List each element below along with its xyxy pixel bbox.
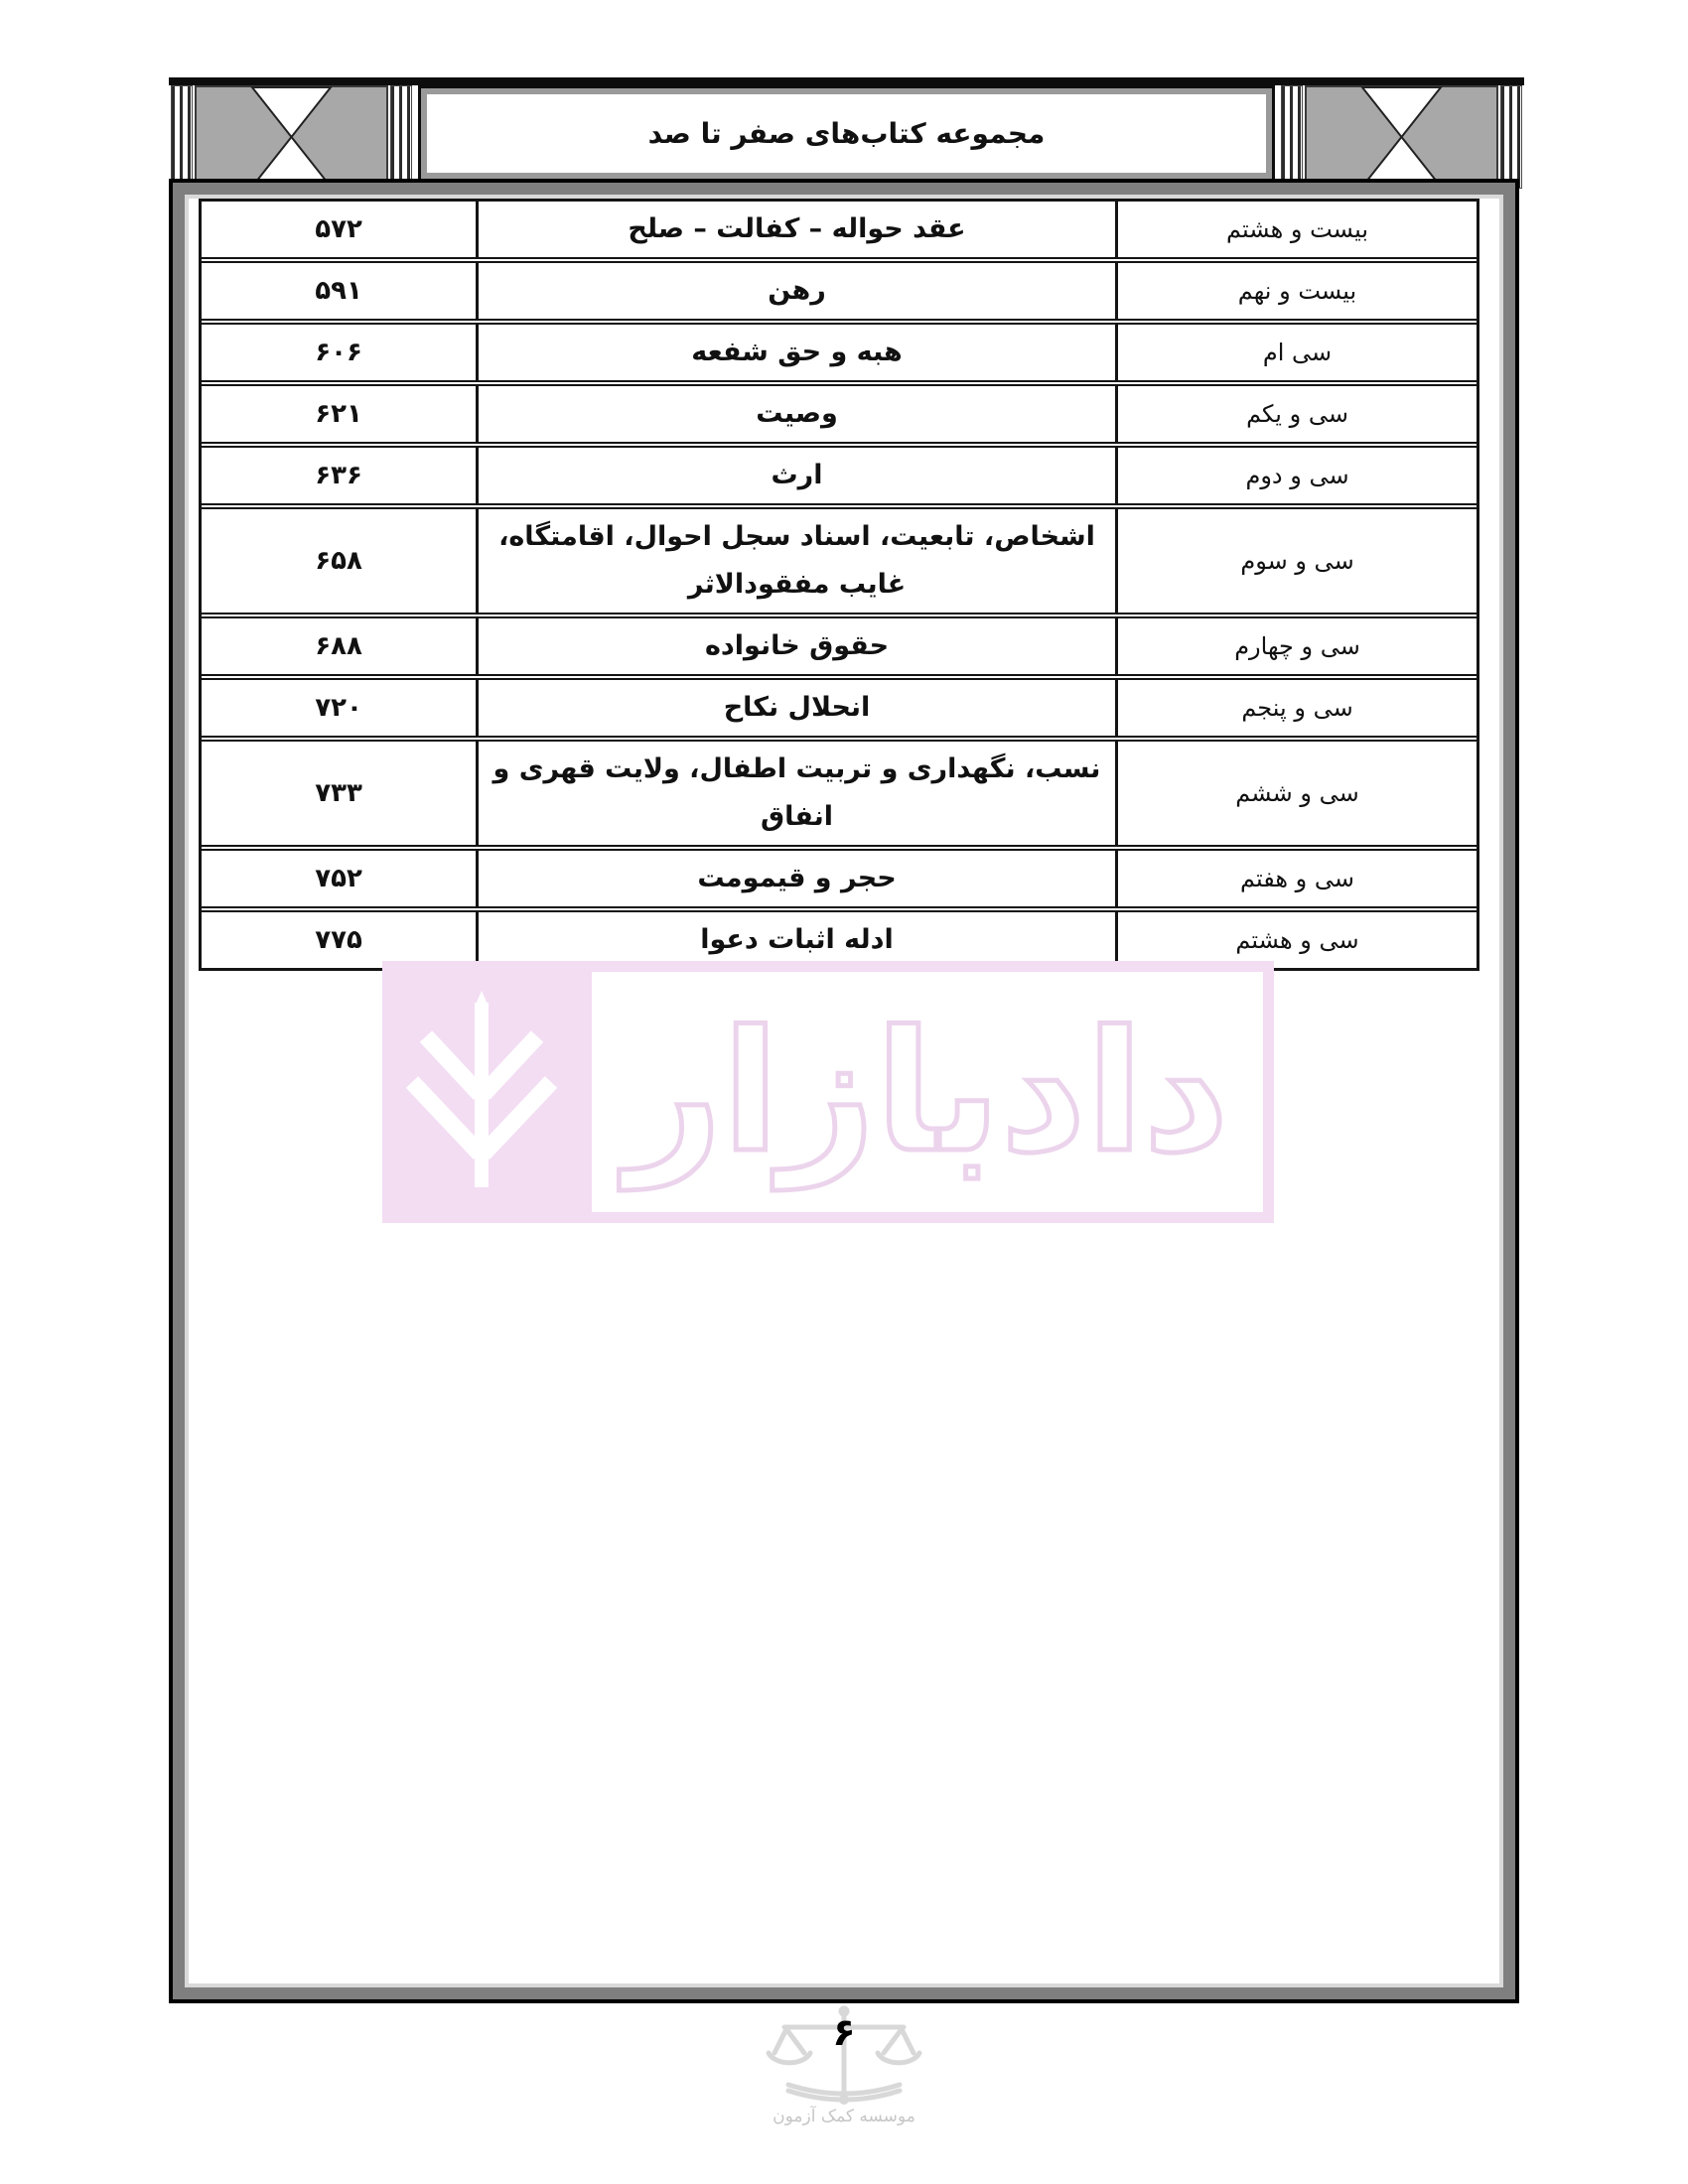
dadbazar-watermark-frame: دادبازار (581, 961, 1274, 1223)
toc-table: ۵۷۲ عقد حواله – کفالت – صلح بیست و هشتم … (199, 199, 1479, 971)
header-banner: مجموعه کتاب‌های صفر تا صد (169, 77, 1524, 189)
toc-chapter-ordinal: سی و دوم (1118, 448, 1477, 503)
toc-row: ۶۳۶ ارث سی و دوم (202, 442, 1477, 503)
hourglass-ornament-left-icon (195, 85, 388, 189)
toc-row: ۶۸۸ حقوق خانواده سی و چهارم (202, 613, 1477, 674)
institute-name: موسسه کمک آزمون (755, 2107, 933, 2126)
toc-chapter-title: رهن (476, 263, 1118, 319)
toc-chapter-title: وصیت (476, 386, 1118, 442)
page-footer: ۶ موسسه کمک آزمون (755, 2003, 933, 2126)
toc-page-number: ۵۷۲ (202, 202, 476, 257)
toc-page-number: ۷۲۰ (202, 680, 476, 736)
banner-stripes-left-inner (390, 85, 412, 189)
toc-page-number: ۶۰۶ (202, 325, 476, 380)
toc-chapter-title: حجر و قیمومت (476, 851, 1118, 906)
toc-chapter-ordinal: سی ام (1118, 325, 1477, 380)
toc-page-number: ۶۵۸ (202, 509, 476, 613)
toc-row: ۶۵۸ اشخاص، تابعیت، اسناد سجل احوال، اقام… (202, 503, 1477, 613)
page-title: مجموعه کتاب‌های صفر تا صد (648, 117, 1046, 150)
header-title-box: مجموعه کتاب‌های صفر تا صد (418, 85, 1275, 189)
scanned-document-page: مجموعه کتاب‌های صفر تا صد ۵۷۲ عقد حواله … (0, 0, 1688, 2184)
toc-chapter-ordinal: سی و هشتم (1118, 912, 1477, 968)
hourglass-ornament-right-icon (1305, 85, 1498, 189)
toc-row: ۶۲۱ وصیت سی و یکم (202, 380, 1477, 442)
toc-page-number: ۷۳۳ (202, 742, 476, 845)
toc-chapter-title: اشخاص، تابعیت، اسناد سجل احوال، اقامتگاه… (476, 509, 1118, 613)
banner-stripes-right-outer (1500, 85, 1522, 189)
toc-row: ۵۹۱ رهن بیست و نهم (202, 257, 1477, 319)
toc-row: ۵۷۲ عقد حواله – کفالت – صلح بیست و هشتم (202, 202, 1477, 257)
toc-row: ۷۲۰ انحلال نکاح سی و پنجم (202, 674, 1477, 736)
banner-top-bar (169, 77, 1524, 85)
page-number: ۶ (755, 2013, 933, 2051)
toc-page-number: ۵۹۱ (202, 263, 476, 319)
toc-page-number: ۶۸۸ (202, 618, 476, 674)
toc-chapter-title: انحلال نکاح (476, 680, 1118, 736)
toc-chapter-title: حقوق خانواده (476, 618, 1118, 674)
toc-row: ۷۵۲ حجر و قیمومت سی و هفتم (202, 845, 1477, 906)
toc-chapter-title: هبه و حق شفعه (476, 325, 1118, 380)
banner-stripes-right-inner (1281, 85, 1303, 189)
toc-row: ۶۰۶ هبه و حق شفعه سی ام (202, 319, 1477, 380)
toc-chapter-title: نسب، نگهداری و تربیت اطفال، ولایت قهری و… (476, 742, 1118, 845)
toc-row: ۷۷۵ ادله اثبات دعوا سی و هشتم (202, 906, 1477, 968)
toc-chapter-ordinal: بیست و نهم (1118, 263, 1477, 319)
toc-row: ۷۳۳ نسب، نگهداری و تربیت اطفال، ولایت قه… (202, 736, 1477, 845)
dadbazar-tree-icon (382, 961, 581, 1223)
toc-page-number: ۷۷۵ (202, 912, 476, 968)
toc-chapter-ordinal: سی و چهارم (1118, 618, 1477, 674)
toc-page-number: ۶۲۱ (202, 386, 476, 442)
toc-chapter-ordinal: سی و سوم (1118, 509, 1477, 613)
dadbazar-watermark-text: دادبازار (626, 1009, 1228, 1175)
toc-chapter-ordinal: سی و پنجم (1118, 680, 1477, 736)
dadbazar-watermark: دادبازار (382, 961, 1274, 1223)
toc-chapter-title: عقد حواله – کفالت – صلح (476, 202, 1118, 257)
toc-chapter-title: ارث (476, 448, 1118, 503)
toc-chapter-ordinal: سی و ششم (1118, 742, 1477, 845)
toc-chapter-title: ادله اثبات دعوا (476, 912, 1118, 968)
toc-chapter-ordinal: سی و یکم (1118, 386, 1477, 442)
toc-page-number: ۶۳۶ (202, 448, 476, 503)
toc-chapter-ordinal: بیست و هشتم (1118, 202, 1477, 257)
toc-chapter-ordinal: سی و هفتم (1118, 851, 1477, 906)
banner-stripes-left-outer (171, 85, 193, 189)
toc-page-number: ۷۵۲ (202, 851, 476, 906)
